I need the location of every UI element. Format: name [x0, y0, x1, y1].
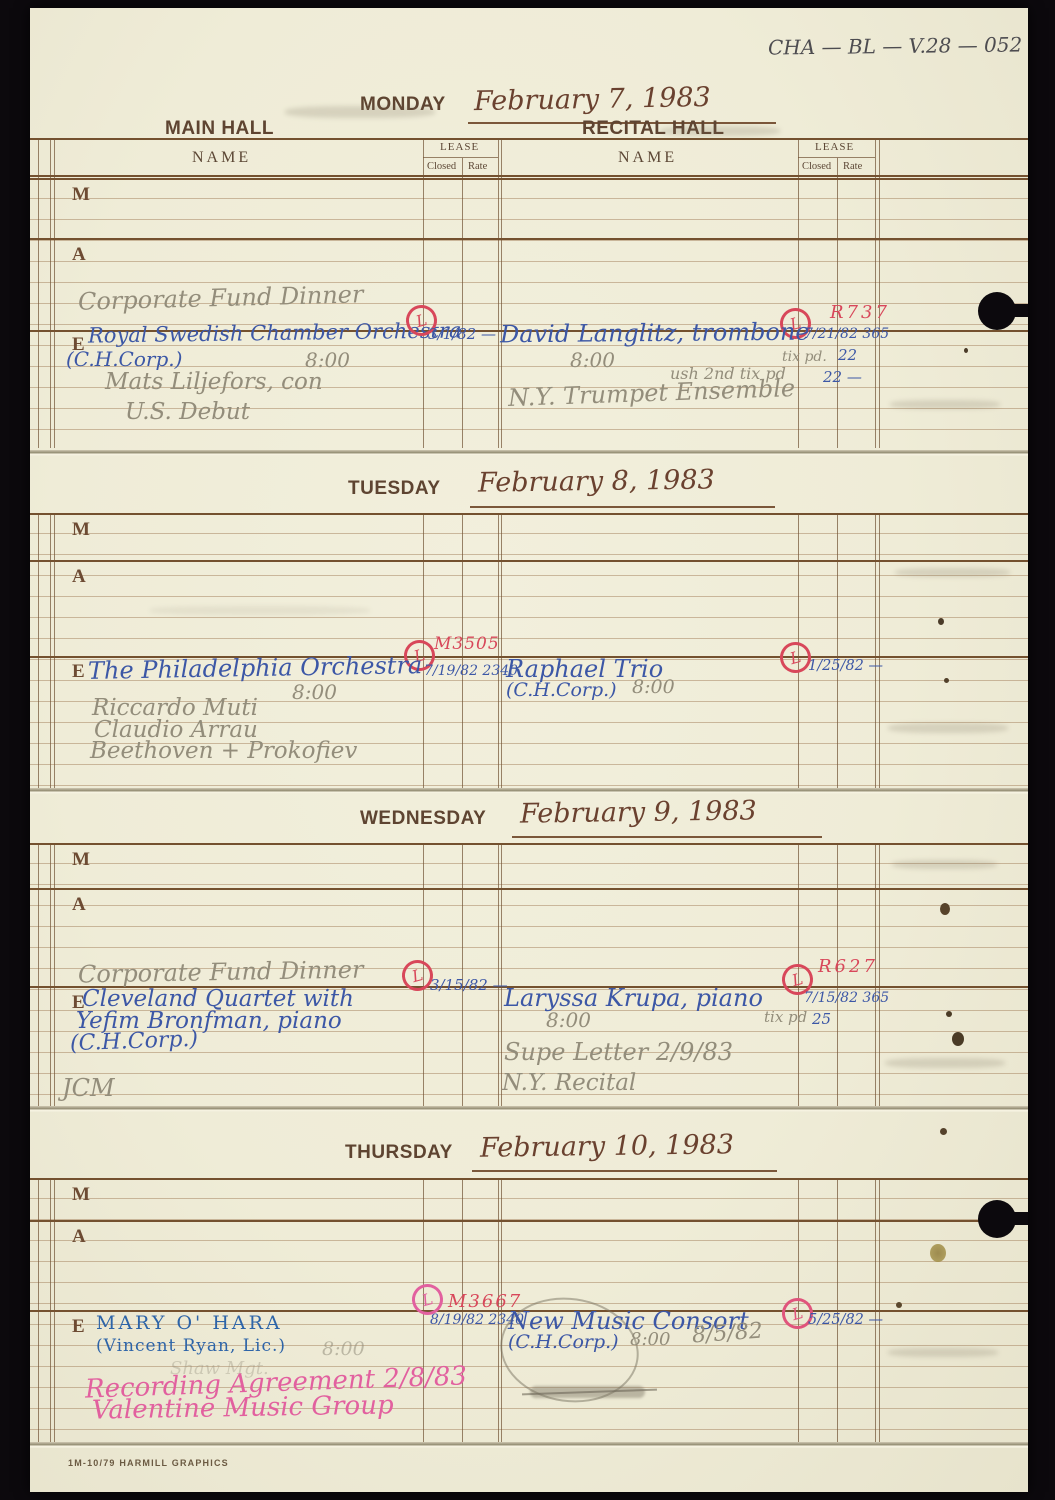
- presenter: (C.H.Corp.): [506, 679, 617, 701]
- printer-credit: 1M-10/79 HARMILL GRAPHICS: [68, 1458, 229, 1468]
- stain: [930, 1244, 946, 1262]
- recital-lease-code: R737: [830, 302, 890, 323]
- grid-line: [30, 888, 1028, 890]
- row-label-morning: M: [72, 1184, 90, 1206]
- bleedthrough-smudge: [895, 568, 1010, 577]
- grid-line: [879, 843, 880, 1106]
- header-line: [423, 138, 424, 178]
- row-label-morning: M: [72, 519, 90, 541]
- tix-amount: 22: [838, 346, 857, 364]
- bleedthrough-smudge: [888, 1348, 998, 1357]
- closed-header-recital: Closed: [802, 161, 831, 172]
- row-label-morning: M: [72, 849, 90, 871]
- date-rule: [472, 1170, 777, 1172]
- header-line: [798, 157, 875, 158]
- grid-line: [462, 178, 463, 448]
- tix-amount: 25: [812, 1010, 831, 1028]
- stain: [964, 348, 968, 353]
- header-line: [462, 158, 463, 178]
- header-line: [501, 138, 502, 178]
- date-monday: February 7, 1983: [474, 82, 711, 117]
- event-time: 8:00: [632, 676, 675, 698]
- header-line: [837, 158, 838, 178]
- row-label-morning: M: [72, 184, 90, 206]
- event-time: 8:00: [546, 1008, 591, 1032]
- date-wednesday: February 9, 1983: [520, 795, 757, 829]
- recital-artist: Laryssa Krupa, piano: [504, 984, 763, 1012]
- stain: [944, 678, 949, 683]
- header-line: [38, 138, 39, 178]
- event-time: 8:00: [322, 1338, 365, 1360]
- grid-line: [879, 513, 880, 788]
- conductor-note: Mats Liljefors, con: [105, 369, 323, 395]
- bleedthrough-smudge: [150, 606, 370, 615]
- grid-line: [498, 843, 499, 1106]
- grid-line: [50, 843, 51, 1106]
- card-edge: [30, 1106, 1028, 1112]
- presenter: (C.H.Corp.): [70, 1027, 199, 1056]
- grid-line: [501, 843, 502, 1106]
- grid-line: [38, 513, 39, 788]
- lease-closed-date: 1/25/82 —: [808, 658, 883, 674]
- grid-line: [38, 843, 39, 1106]
- grid-line: [30, 513, 1028, 515]
- bleedthrough-smudge: [890, 400, 1000, 409]
- grid-line: [462, 843, 463, 1106]
- main-lease-code: M3505: [434, 634, 500, 654]
- closed-header-main: Closed: [427, 161, 456, 172]
- ledger-paper-sheet: CHA — BL — V.28 — 052 MONDAY February 7,…: [30, 8, 1028, 1492]
- bleedthrough-smudge: [885, 1058, 1005, 1068]
- bleedthrough-smudge: [660, 126, 780, 136]
- evening-artist: MARY O' HARA: [96, 1312, 283, 1334]
- name-header-main: NAME: [192, 149, 251, 167]
- header-line: [54, 138, 55, 178]
- weekday-tuesday: TUESDAY: [348, 478, 441, 500]
- program-note: Beethoven + Prokofiev: [90, 738, 357, 764]
- bleedthrough-smudge: [892, 860, 997, 869]
- date-tuesday: February 8, 1983: [478, 464, 715, 498]
- stain: [940, 1128, 947, 1135]
- music-group-note: Valentine Music Group: [92, 1390, 394, 1425]
- grid-line: [30, 238, 1028, 240]
- lease-closed-date: 7/15/82 365: [804, 990, 889, 1006]
- header-line: [879, 138, 880, 178]
- row-label-evening: E: [72, 661, 85, 683]
- weekday-wednesday: WEDNESDAY: [360, 808, 486, 830]
- grid-line: [498, 178, 499, 448]
- punch-hole-notch: [1004, 1212, 1028, 1225]
- weekday-thursday: THURSDAY: [345, 1142, 453, 1164]
- presenter: (C.H.Corp.): [66, 347, 182, 371]
- grid-line: [50, 178, 51, 448]
- date-rule: [470, 506, 775, 508]
- event-time: 8:00: [630, 1329, 670, 1350]
- row-label-afternoon: A: [72, 566, 86, 588]
- header-line: [875, 138, 876, 178]
- stain: [940, 903, 950, 915]
- evening-artist-2: (Vincent Ryan, Lic.): [96, 1336, 286, 1356]
- event-time: 8:00: [292, 680, 337, 704]
- row-label-afternoon: A: [72, 244, 86, 266]
- header-line: [798, 138, 799, 178]
- row-label-evening: E: [72, 1316, 85, 1338]
- card-edge: [30, 788, 1028, 794]
- grid-line: [875, 513, 876, 788]
- bleedthrough-smudge: [285, 106, 435, 118]
- stain: [896, 1302, 902, 1308]
- lease-closed-date: 5/25/82 —: [808, 1312, 883, 1328]
- debut-note: U.S. Debut: [125, 399, 250, 425]
- lease-closed-date: 7/21/82 365: [804, 326, 889, 342]
- stain: [952, 1032, 964, 1046]
- table-header: NAME LEASE Closed Rate NAME LEASE Closed…: [30, 138, 1028, 178]
- grid-line: [38, 178, 39, 448]
- header-line: [50, 138, 51, 178]
- grid-line: [50, 513, 51, 788]
- tix-note: tix pd.: [782, 349, 827, 365]
- rate-header-recital: Rate: [843, 161, 862, 172]
- pencil-date: 8/5/82: [691, 1319, 763, 1349]
- usher-amount: 22 —: [823, 368, 862, 386]
- archive-code: CHA — BL — V.28 — 052: [768, 32, 1023, 59]
- stain: [938, 618, 944, 625]
- lease-closed-date: 3/15/82 —: [430, 976, 508, 994]
- row-label-afternoon: A: [72, 894, 86, 916]
- main-hall-label: MAIN HALL: [165, 118, 274, 140]
- grid-line: [30, 560, 1028, 562]
- bleedthrough-smudge: [888, 723, 1008, 733]
- grid-line: [30, 178, 1028, 180]
- grid-line: [30, 1220, 1028, 1222]
- card-edge: [30, 450, 1028, 456]
- evening-artist: The Philadelphia Orchestra: [88, 651, 423, 685]
- name-header-recital: NAME: [618, 149, 677, 167]
- lease-header-recital: LEASE: [815, 141, 854, 153]
- recital-note: N.Y. Recital: [502, 1070, 636, 1096]
- supe-letter-note: Supe Letter 2/9/83: [504, 1038, 733, 1066]
- grid-line: [501, 178, 502, 448]
- grid-line: [30, 843, 1028, 845]
- afternoon-note: Corporate Fund Dinner: [78, 956, 364, 989]
- row-label-afternoon: A: [72, 1226, 86, 1248]
- header-line: [498, 138, 499, 178]
- date-thursday: February 10, 1983: [480, 1129, 734, 1164]
- header-line: [423, 157, 498, 158]
- grid-line: [30, 1178, 1028, 1180]
- lease-closed-date: 7/19/82 2340: [424, 663, 518, 679]
- recital-artist: David Langlitz, trombone: [500, 318, 810, 349]
- lease-header-main: LEASE: [440, 141, 479, 153]
- grid-line: [501, 513, 502, 788]
- recital-lease-code: R627: [818, 956, 878, 977]
- date-rule: [512, 836, 822, 838]
- event-time: 8:00: [570, 348, 615, 372]
- presenter: (C.H.Corp.): [508, 1331, 619, 1353]
- punch-hole-notch: [1004, 304, 1028, 317]
- rate-header-main: Rate: [468, 161, 487, 172]
- stain: [946, 1011, 952, 1017]
- initials-note: JCM: [62, 1074, 115, 1102]
- grid-line: [54, 178, 55, 448]
- grid-line: [54, 843, 55, 1106]
- tix-note: tix pd: [764, 1008, 807, 1026]
- card-edge: [30, 1442, 1028, 1448]
- grid-line: [54, 513, 55, 788]
- grid-line: [837, 513, 838, 788]
- lease-closed-date: 3/1/82 —: [428, 325, 496, 343]
- scanned-ledger-page: CHA — BL — V.28 — 052 MONDAY February 7,…: [0, 0, 1055, 1500]
